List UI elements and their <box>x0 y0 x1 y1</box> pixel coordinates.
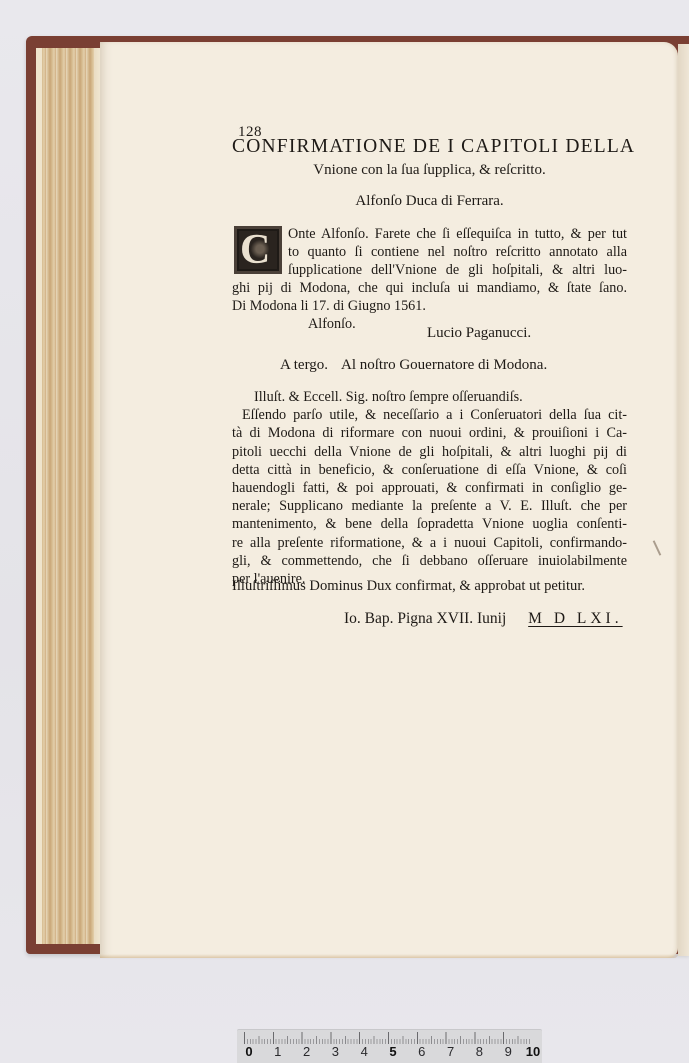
ruler-label: 10 <box>523 1044 543 1059</box>
petition-line: tà di Modona di riformare con nuoui ordi… <box>232 424 627 442</box>
petition-line: nerale; Supplicano mediante la preſente … <box>232 497 627 515</box>
signature-date: M D LXI. <box>528 610 622 627</box>
petition-salutation: Illuſt. & Eccell. Sig. noſtro ſempre oſſ… <box>232 388 627 406</box>
petition-line: detta città in beneficio, & conſeruation… <box>232 461 627 479</box>
endorsement-text: Al noſtro Gouernatore di Modona. <box>341 357 547 373</box>
ruler-label: 1 <box>268 1044 288 1059</box>
ruler-label: 3 <box>325 1044 345 1059</box>
petition-line: hauendogli fatti, & poi approuati, & con… <box>232 479 627 497</box>
letter-date-line: Di Modona li 17. di Giugno 1561. <box>232 297 627 315</box>
petition-line: gli, & commettendo, che ſi debbano oſſer… <box>232 552 627 570</box>
letter-line: ghi pij di Modona, che qui incluſa ui ma… <box>232 279 627 297</box>
endorsement: A tergo. Al noſtro Gouernatore di Modona… <box>280 357 547 374</box>
page-fore-edge-stack <box>36 48 102 944</box>
ruler-ticks <box>244 1032 532 1044</box>
signature-name: Io. Bap. Pigna XVII. Iunij <box>344 610 506 627</box>
ruler-labels: 0 1 2 3 4 5 6 7 8 9 10 <box>237 1044 542 1062</box>
decorated-initial-icon: C <box>234 226 282 274</box>
petition-line: re alla preſente riformatione, & a i nuo… <box>232 534 627 552</box>
dropcap-letter: C <box>240 228 270 272</box>
ruler-label: 2 <box>297 1044 317 1059</box>
secretary-signature: Io. Bap. Pigna XVII. Iunij M D LXI. <box>344 610 623 628</box>
facing-page-edge <box>678 44 689 956</box>
ruler-label: 7 <box>441 1044 461 1059</box>
page-subtitle: Vnione con la ſua ſupplica, & reſcritto. <box>232 162 627 179</box>
ruler-label: 6 <box>412 1044 432 1059</box>
letter-line: Onte Alfonſo. Farete che ſi eſſequiſca i… <box>232 225 627 243</box>
petition-body: Illuſt. & Eccell. Sig. noſtro ſempre oſſ… <box>232 388 627 588</box>
ducal-approval: Illuſtriſſimus Dominus Dux confirmat, & … <box>232 578 627 595</box>
petition-line: Eſſendo parſo utile, & neceſſario a i Co… <box>232 406 627 424</box>
petition-line: mantenimento, & bene della ſopradetta Vn… <box>232 515 627 533</box>
countersigner: Lucio Paganucci. <box>427 325 531 342</box>
petition-line: pitoli uecchi della Vnione de gli hoſpit… <box>232 443 627 461</box>
letter-sender: Alfonſo Duca di Ferrara. <box>232 193 627 210</box>
endorsement-label: A tergo. <box>280 357 328 373</box>
ruler-label: 8 <box>469 1044 489 1059</box>
page-title: CONFIRMATIONE DE I CAPITOLI DELLA <box>232 136 627 158</box>
ruler-label: 0 <box>239 1044 259 1059</box>
letter-line: to quanto ſi contiene nel noſtro reſcrit… <box>232 243 627 261</box>
letter-body: C Onte Alfonſo. Farete che ſi eſſequiſca… <box>232 225 627 333</box>
ruler-label: 5 <box>383 1044 403 1059</box>
ruler-label: 4 <box>354 1044 374 1059</box>
page-edge-highlight <box>36 48 42 944</box>
ruler-label: 9 <box>498 1044 518 1059</box>
scale-ruler: 0 1 2 3 4 5 6 7 8 9 10 <box>237 1029 542 1063</box>
letter-line: ſupplicatione dell'Vnione de gli hoſpita… <box>232 261 627 279</box>
